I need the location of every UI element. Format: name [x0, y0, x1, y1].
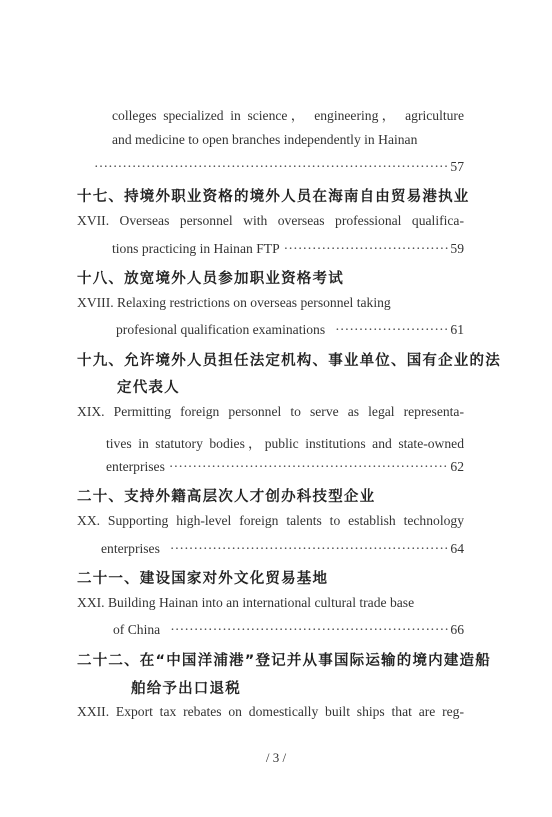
toc-heading-en-cont: profesional qualification examinations [116, 322, 325, 338]
leader-dots: ········································… [284, 241, 450, 257]
toc-leader-line[interactable]: tions practicing in Hainan FTP ·········… [112, 241, 464, 257]
leader-dots: ········································… [170, 541, 450, 557]
toc-heading-zh[interactable]: 十八、放宽境外人员参加职业资格考试 [77, 267, 344, 288]
toc-heading-en[interactable]: XXI. Building Hainan into an internation… [77, 595, 464, 611]
toc-heading-zh[interactable]: 二十、支持外籍高层次人才创办科技型企业 [77, 485, 375, 506]
toc-entry-continuation-line: and medicine to open branches independen… [112, 132, 417, 148]
page-number-ref: 61 [450, 322, 464, 338]
toc-heading-zh[interactable]: 十九、允许境外人员担任法定机构、事业单位、国有企业的法 [77, 349, 464, 370]
leader-dots: ········································… [170, 622, 449, 638]
toc-heading-en-cont: enterprises [101, 541, 160, 557]
page-number-ref: 66 [450, 622, 464, 638]
page-number-ref: 64 [450, 541, 464, 557]
toc-leader-line[interactable]: profesional qualification examinations ·… [116, 322, 464, 338]
page-number-ref: 57 [450, 159, 464, 175]
page-number-ref: 62 [450, 459, 464, 475]
toc-heading-en[interactable]: XX. Supporting high-level foreign talent… [77, 513, 464, 529]
toc-entry-continuation-line: colleges specialized in science， enginee… [112, 104, 464, 124]
toc-heading-zh-cont[interactable]: 定代表人 [117, 376, 180, 397]
toc-heading-en[interactable]: XVII. Overseas personnel with overseas p… [77, 213, 464, 229]
toc-heading-en[interactable]: XVIII. Relaxing restrictions on overseas… [77, 295, 391, 311]
toc-leader-line[interactable]: enterprises ····························… [101, 541, 464, 557]
toc-leader-line[interactable]: enterprises ····························… [106, 459, 464, 475]
toc-leader-line[interactable]: of China ·······························… [113, 622, 464, 638]
toc-page: colleges specialized in science， enginee… [0, 0, 552, 817]
toc-heading-en-cont[interactable]: tives in statutory bodies，public institu… [106, 432, 464, 452]
leader-dots: ········································… [335, 322, 449, 338]
toc-heading-zh[interactable]: 十七、持境外职业资格的境外人员在海南自由贸易港执业 [77, 185, 470, 206]
toc-heading-en-cont: enterprises [106, 459, 165, 475]
toc-heading-zh[interactable]: 二十一、建设国家对外文化贸易基地 [77, 567, 328, 588]
toc-leader-line[interactable]: ········································… [90, 159, 464, 175]
toc-heading-en-cont: of China [113, 622, 160, 638]
page-number-ref: 59 [450, 241, 464, 257]
page-number: / 3 / [0, 750, 552, 766]
toc-heading-en[interactable]: XXII. Export tax rebates on domestically… [77, 704, 464, 720]
toc-heading-zh[interactable]: 二十二、在“中国洋浦港”登记并从事国际运输的境内建造船 [77, 649, 464, 670]
toc-heading-en[interactable]: XIX. Permitting foreign personnel to ser… [77, 404, 464, 420]
toc-heading-zh-cont[interactable]: 舶给予出口退税 [131, 677, 241, 698]
leader-dots: ········································… [169, 459, 450, 475]
toc-heading-en-cont: tions practicing in Hainan FTP [112, 241, 280, 257]
leader-dots: ········································… [94, 159, 449, 175]
